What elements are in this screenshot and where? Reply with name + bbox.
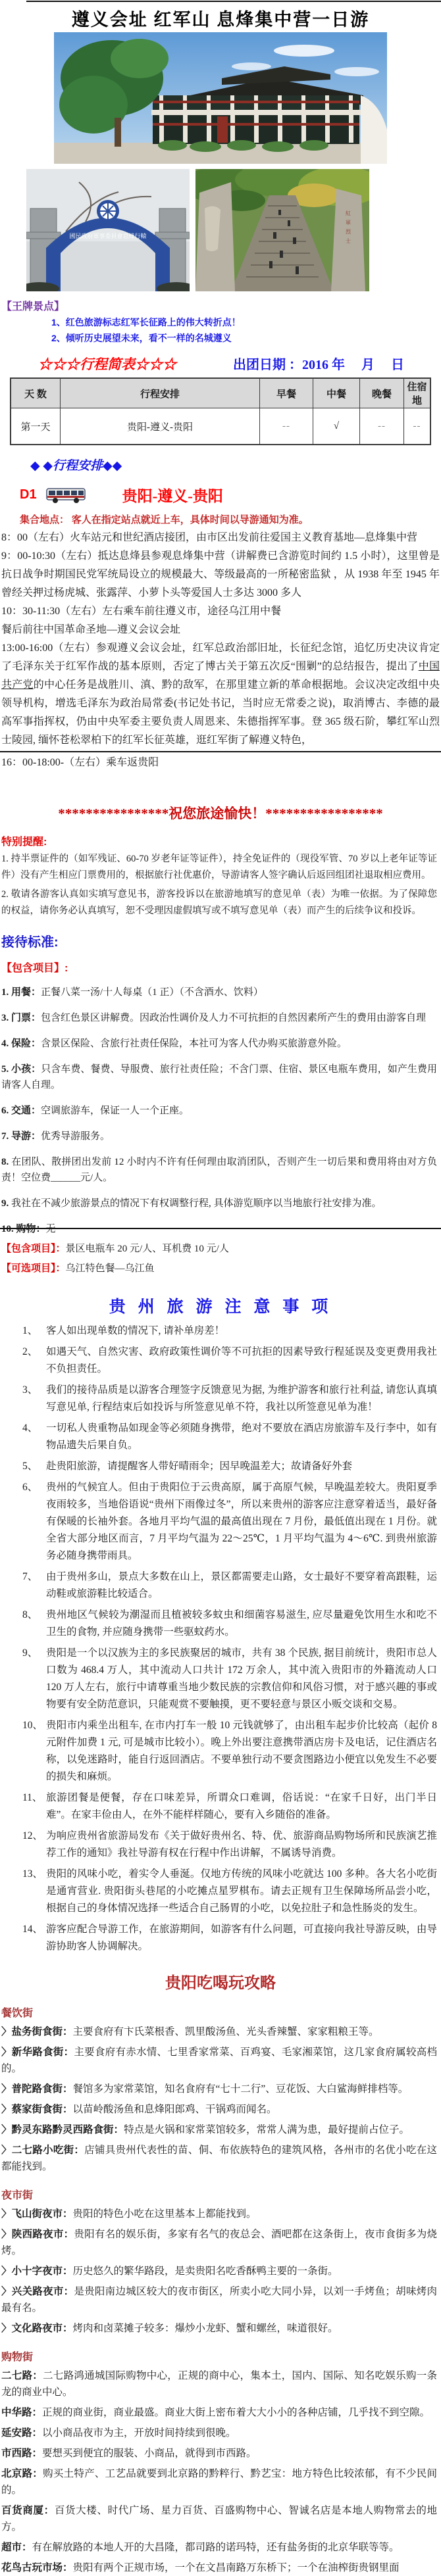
street-item-text: 以苗岭酸汤鱼和息烽阳郎鸡、干锅鸡而闻名。 (73, 2104, 277, 2115)
reception-item: 7. 导游：优秀导游服务。 (1, 1129, 437, 1144)
note-item-number: 12、 (22, 1828, 46, 1862)
special-reminder-item: 2. 敬请各游客认真如实填写意见书，游客投诉以在旅游地填写的意见单（表）为唯一依… (1, 887, 437, 919)
note-item-text: 一切私人贵重物品如现金等必须随身携带，绝对不要放在酒店房旅游车及行李中，如有物品… (46, 1420, 437, 1454)
special-reminder-list: 1. 持半票证件的（如军残证、60-70 岁老年证等证件），持全免证件的（现役军… (1, 851, 437, 919)
street-item-text: 餐馆多为家常菜馆，知名食府有“七十二行”、豆花饭、大白鲨海鲜排档等。 (73, 2083, 409, 2095)
reception-item-label: 10. 购物： (1, 1224, 46, 1234)
top-attractions-section: 【王牌景点】 1、红色旅游标志红军长征路上的伟大转折点！2、倾听历史展望未来，看… (1, 298, 441, 345)
red-army-hill-steps-photo: 紅軍烈士 (195, 169, 369, 291)
reception-item: 6. 交通：空调旅游车，保证一人一个正座。 (1, 1103, 437, 1119)
note-item-number: 2、 (22, 1344, 46, 1378)
note-item: 1、 客人如出现单数的情况下, 请补单房差！ (22, 1323, 437, 1340)
street-item-label: 二七路： (1, 2370, 43, 2381)
street-item-text: 购买土特产、工艺品就要到北京路的黔粹行、黔艺宝：地方特色比较浓郁，有不少民间的。 (1, 2468, 437, 2496)
note-item-number: 10、 (22, 1717, 46, 1786)
reception-extra-item: 【可选项目】：乌江特色餐—乌江鱼 (1, 1261, 437, 1276)
reception-item: 10. 购物：无 (1, 1221, 437, 1237)
night-market-list: 〉飞山街夜市：贵阳的特色小吃在这里基本上都能找到。 〉陕西路夜市：贵阳有名的娱乐… (1, 2206, 437, 2337)
reception-standard-section: 接待标准: 【包含项目】: 1. 用餐：正餐八菜一汤/十人每桌（1 正）（不含酒… (1, 931, 437, 1276)
page-break-line-2 (0, 1228, 441, 1229)
night-market-heading: 夜市街 (1, 2187, 437, 2202)
included-items-heading: 【包含项目】: (1, 960, 437, 975)
shopping-street-item: 中华路：正规的商业街，商业最盛。商业大街上密布着大大小小的各种店铺，几乎找不到空… (1, 2404, 437, 2421)
dining-streets-heading: 餐饮街 (1, 2005, 437, 2020)
note-item-number: 14、 (22, 1921, 46, 1955)
reception-heading: 接待标准: (1, 931, 437, 950)
note-item: 2、 如遇天气、自然灾害、政府政策性调价等不可抗拒的因素导致行程延误及变更费用我… (22, 1344, 437, 1378)
document-page: 遵义会址 红军山 息烽集中营一日游 (0, 0, 441, 2576)
dining-streets-list: 〉盐务街食街：主要食府有卞氏菜根香、凯里酸汤鱼、光头香辣蟹、家家粗粮王等。 〉新… (1, 2024, 437, 2175)
detail-text-before: 13:00-16:00（左右）参观遵义会议会址，红军总政治部旧址，长征纪念馆，追… (1, 643, 440, 672)
dining-street-item: 〉二七路小吃街：店铺具贵州代表性的苗、侗、布依族特色的建筑风格，各州市的名优小吃… (1, 2142, 437, 2175)
detail-text-after: 的中心任务是战胜川、滇、黔的敌军，在那里建立新的革命根据地。会议决定改组中央领导… (1, 679, 440, 746)
reception-item: 9. 我社在不减少旅游景点的情况下有权调整行程, 具体游览顺序以当地旅行社安排为… (1, 1196, 437, 1211)
night-market-item: 〉飞山街夜市：贵阳的特色小吃在这里基本上都能找到。 (1, 2206, 437, 2222)
note-item-text: 游客应配合导游工作，在旅游期间，如游客有什么问题，可直接向我社导游反映，由导游协… (46, 1921, 437, 1955)
reception-item-label: 9. (1, 1198, 9, 1209)
street-item-label: 〉飞山街夜市： (1, 2208, 73, 2220)
cell-stay: -- (404, 408, 431, 445)
schedule-header-row: 天 数 行程安排 早餐 中餐 晚餐 住宿地 (11, 378, 430, 408)
cell-day: 第一天 (11, 408, 61, 445)
street-item-label: 〉兴关路夜市： (1, 2286, 74, 2297)
street-item-text: 要想买到便宜的服装、小商品，就得到市西路。 (42, 2448, 257, 2459)
day1-title-row: D1 贵阳-遵义-贵阳 (20, 484, 441, 506)
reception-item-label: 8. (1, 1157, 9, 1167)
note-item: 11、 旅游团餐是便餐，存在口味差异，所谓众口难调，俗话说：“在家千日好，出门半… (22, 1789, 437, 1824)
meeting-point-line: 集合地点： 客人在指定站点就近上车，具体时间以导游通知为准。 (20, 512, 441, 526)
reception-item-text: 优秀导游服务。 (41, 1131, 110, 1142)
street-item-label: 花鸟古玩市场： (1, 2562, 73, 2573)
reception-item-label: 3. 门票： (1, 1013, 41, 1023)
reception-item: 1. 用餐：正餐八菜一汤/十人每桌（1 正）（不含酒水、饮料） (1, 984, 437, 1000)
shopping-street-item: 延安路：以小商品夜市为主，开放时间持续到很晚。 (1, 2425, 437, 2441)
reception-item-text: 正餐八菜一汤/十人每桌（1 正）（不含酒水、饮料） (41, 987, 263, 998)
reception-extra-label: 【包含项目】： (1, 1244, 66, 1254)
street-item-label: 〉普陀路食街： (1, 2083, 73, 2095)
street-item-label: 〉小十字夜市： (1, 2266, 73, 2277)
reception-item: 5. 小孩：只含车费、餐费、导服费、旅行社责任险；不含门票、住宿、景区电瓶车费用… (1, 1061, 437, 1093)
note-item-text: 贵阳是一个以汉族为主的多民族聚居的城市，共有 38 个民族, 据目前统计，贵阳市… (46, 1645, 437, 1713)
reception-item-text: 含景区保险、含旅行社责任保险，本社可为客人代办购买旅游意外险。 (41, 1038, 347, 1049)
note-item: 8、 贵州地区气候较为潮湿而且植被较多蚊虫和细菌容易滋生, 应尽量避免饮用生水和… (22, 1607, 437, 1641)
street-item-text: 二七路鸿通城国际购物中心，正规的商中心，集本土，国内、国际、知名吃娱乐购一条龙的… (1, 2370, 437, 2398)
schedule-row-day1: 第一天 贵阳-遵义-贵阳 -- √ -- -- (11, 408, 430, 445)
reception-extra-list: 【包含项目】：景区电瓶车 20 元/人、耳机费 10 元/人 【可选项目】：乌江… (1, 1241, 437, 1276)
note-item-number: 11、 (22, 1789, 46, 1824)
street-item-text: 以小商品夜市为主，开放时间持续到很晚。 (42, 2427, 236, 2439)
note-item-number: 13、 (22, 1866, 46, 1917)
street-item-label: 〉二七路小吃街： (1, 2145, 84, 2156)
note-item-text: 贵州的气候宜人。但由于贵阳位于云贵高原，属于高原气候，早晚温差较大。贵阳夏季夜雨… (46, 1479, 437, 1565)
reception-item-text: 在团队、散拼团出发前 12 小时内不许有任何理由取消团队，否则产生一切后果和费用… (1, 1157, 437, 1183)
street-item-label: 〉文化路夜市： (1, 2323, 73, 2334)
dining-street-item: 〉新华路食街：主要食府有赤水情、七里香家常菜、百鸡宴、毛家湘菜馆，这几家食府属较… (1, 2044, 437, 2077)
note-item-text: 如遇天气、自然灾害、政府政策性调价等不可抗拒的因素导致行程延误及变更费用我社不负… (46, 1344, 437, 1378)
street-item-label: 〉蔡家街食街： (1, 2104, 73, 2115)
page-title: 遵义会址 红军山 息烽集中营一日游 (0, 5, 441, 31)
night-market-item: 〉陕西路夜市：贵阳有名的娱乐街，多家有名气的夜总会、酒吧都在这条街上，夜市食街多… (1, 2226, 437, 2259)
night-market-item: 〉小十字夜市：历史悠久的繁华路段，是卖贵阳名吃香酥鸭主要的一条街。 (1, 2263, 437, 2279)
col-header-stay: 住宿地 (404, 378, 431, 408)
night-market-section: 夜市街 〉飞山街夜市：贵阳的特色小吃在这里基本上都能找到。 〉陕西路夜市：贵阳有… (1, 2187, 437, 2337)
cell-lunch: √ (313, 408, 360, 445)
reception-item-label: 1. 用餐： (1, 987, 41, 998)
street-item-text: 百货大楼、时代广场、星力百货、百盛购物中心、智诚名店是本地人购物常去的地方。 (1, 2505, 437, 2533)
top-border-line (26, 1, 441, 2)
note-item-text: 贵阳市内乘坐出租车, 在市内打车一般 10 元钱就够了，由出租车起步价比较高（起… (46, 1717, 437, 1786)
col-header-lunch: 中餐 (313, 378, 360, 408)
note-item: 13、 贵阳的风味小吃，着实令人垂涎。仅地方传统的风味小吃就达 100 多种。各… (22, 1866, 437, 1917)
guiyang-guide-heading: 贵阳吃喝玩攻略 (0, 1970, 441, 1993)
note-item-text: 我们的接待品质是以游客合理签字反馈意见为据, 为维护游客和旅行社利益, 请您认真… (46, 1382, 437, 1416)
return-trip-line: 16：00-18:00-（左右）乘车返贵阳 (1, 754, 440, 769)
night-market-item: 〉文化路夜市：烤肉和卤菜摊子较多：爆炒小龙虾、蟹和螺丝，味道很好。 (1, 2320, 437, 2337)
svg-text:烈: 烈 (346, 228, 351, 235)
note-item: 12、 为响应贵州省旅游局发布《关于做好贵州名、特、优、旅游商品购物场所和民族演… (22, 1828, 437, 1862)
reception-item-label: 7. 导游： (1, 1131, 41, 1142)
reception-extra-text: 乌江特色餐—乌江鱼 (66, 1263, 155, 1274)
note-item-text: 客人如出现单数的情况下, 请补单房差！ (46, 1323, 437, 1340)
reception-item: 3. 门票：包含红色景区讲解费。因政治性调价及人力不可抗拒的自然因素所产生的费用… (1, 1010, 437, 1026)
night-market-item: 〉兴关路夜市：是贵阳南边城区较大的夜市街区，所卖小吃大同小异，以刘一手烤鱼；胡味… (1, 2283, 437, 2316)
reception-items-list: 1. 用餐：正餐八菜一汤/十人每桌（1 正）（不含酒水、饮料） 3. 门票：包含… (1, 984, 437, 1237)
shopping-street-item: 市西路：要想买到便宜的服装、小商品，就得到市西路。 (1, 2445, 437, 2462)
top-attraction-item: 2、倾听历史展望未来，看不一样的名城遵义 (51, 331, 441, 345)
shopping-street-item: 超市：有在解放路的本地人开的大昌隆，都司路的诺玛特，还有盐务街的北京华联等等。 (1, 2539, 437, 2556)
street-item-label: 中华路： (1, 2407, 42, 2418)
special-reminder-section: 特别提醒: 1. 持半票证件的（如军残证、60-70 岁老年证等证件），持全免证… (1, 833, 437, 919)
day1-route-title: 贵阳-遵义-贵阳 (122, 484, 223, 506)
reception-item-text: 无 (46, 1224, 56, 1234)
note-item-text: 赴贵阳旅游，请提醒客人带好晴雨伞；因早晚温差大；故请备好外套 (46, 1458, 437, 1475)
note-item-number: 6、 (22, 1479, 46, 1565)
note-item: 9、 贵阳是一个以汉族为主的多民族聚居的城市，共有 38 个民族, 据目前统计，… (22, 1645, 437, 1713)
street-item-label: 延安路： (1, 2427, 42, 2439)
reception-item: 8. 在团队、散拼团出发前 12 小时内不许有任何理由取消团队，否则产生一切后果… (1, 1154, 437, 1186)
itinerary-line: 9：00-10:30（左右）抵达息烽县参观息烽集中营（讲解费已含游览时间约 1.… (1, 547, 440, 602)
col-header-days: 天 数 (11, 378, 61, 408)
shopping-street-item: 花鸟古玩市场：贵阳有两个正规市场，一个在文昌南路万东桥下；一个在油榨街贵钢里面 (1, 2560, 437, 2576)
shopping-streets-heading: 购物街 (1, 2348, 437, 2364)
reception-item-text: 包含红色景区讲解费。因政治性调价及人力不可抗拒的自然因素所产生的费用由游客自理 (41, 1013, 426, 1023)
top-attractions-list: 1、红色旅游标志红军长征路上的伟大转折点！2、倾听历史展望未来，看不一样的名城遵… (1, 316, 441, 345)
street-item-label: 超市： (1, 2542, 32, 2553)
street-item-text: 主要食府有卞氏菜根香、凯里酸汤鱼、光头香辣蟹、家家粗粮王等。 (73, 2026, 379, 2037)
svg-text:紅: 紅 (346, 210, 351, 216)
itinerary-line: 8：00（左右）火车站元和世纪酒店接团，由市区出发前往爱国主义教育基地—息烽集中… (1, 529, 440, 547)
reception-item-label: 5. 小孩： (1, 1064, 41, 1075)
bus-icon (46, 487, 88, 504)
reception-item-text: 只含车费、餐费、导服费、旅行社责任险；不含门票、住宿、景区电瓶车费用，如产生费用… (1, 1064, 437, 1090)
street-item-text: 贵阳的特色小吃在这里基本上都能找到。 (73, 2208, 257, 2220)
itinerary-line: 10：30-11:30（左右）左右乘车前往遵义市，途径乌江用中餐 (1, 602, 440, 621)
street-item-text: 贵阳有两个正规市场，一个在文昌南路万东桥下；一个在油榨街贵钢里面 (73, 2562, 400, 2573)
note-item-text: 为响应贵州省旅游局发布《关于做好贵州名、特、优、旅游商品购物场所和民族演艺推荐工… (46, 1828, 437, 1862)
shopping-street-item: 百货商厦：百货大楼、时代广场、星力百货、百盛购物中心、智诚名店是本地人购物常去的… (1, 2502, 437, 2535)
note-item: 6、 贵州的气候宜人。但由于贵阳位于云贵高原，属于高原气候，早晚温差较大。贵阳夏… (22, 1479, 437, 1565)
reception-item-text: 空调旅游车，保证一人一个正座。 (41, 1106, 189, 1116)
reception-extra-item: 【包含项目】：景区电瓶车 20 元/人、耳机费 10 元/人 (1, 1241, 437, 1257)
itinerary-detail-paragraph: 13:00-16:00（左右）参观遵义会议会址，红军总政治部旧址，长征纪念馆，追… (1, 639, 440, 750)
departure-date: 出团日期 ：2016 年 月 日 (233, 354, 404, 373)
street-item-label: 〉黔灵东路黔灵西路食街： (1, 2124, 124, 2135)
note-item-number: 7、 (22, 1568, 46, 1603)
wish-banner: ****************祝您旅途愉快！***************** (0, 803, 441, 823)
guizhou-notes-list: 1、 客人如出现单数的情况下, 请补单房差！ 2、 如遇天气、自然灾害、政府政策… (0, 1323, 441, 1955)
col-header-dinner: 晚餐 (360, 378, 404, 408)
street-item-label: 百货商厦： (1, 2505, 55, 2516)
street-item-label: 〉盐务街食街： (1, 2026, 73, 2037)
note-item: 10、 贵阳市内乘坐出租车, 在市内打车一般 10 元钱就够了，由出租车起步价比… (22, 1717, 437, 1786)
col-header-breakfast: 早餐 (260, 378, 313, 408)
note-item-text: 贵阳的风味小吃，着实令人垂涎。仅地方传统的风味小吃就达 100 多种。各大名小吃… (46, 1866, 437, 1917)
svg-text:士: 士 (346, 237, 351, 244)
day1-label: D1 (20, 487, 37, 502)
itinerary-lines: 8：00（左右）火车站元和世纪酒店接团，由市区出发前往爱国主义教育基地—息烽集中… (1, 529, 440, 639)
note-item-number: 8、 (22, 1607, 46, 1641)
itinerary-heading: ◆ ◆行程安排◆◆ (30, 456, 441, 474)
note-item-number: 1、 (22, 1323, 46, 1340)
street-item-label: 〉新华路食街： (1, 2047, 74, 2058)
note-item-text: 贵州地区气候较为潮湿而且植被较多蚊虫和细菌容易滋生, 应尽量避免饮用生水和吃不卫… (46, 1607, 437, 1641)
svg-text:軍: 軍 (346, 220, 351, 226)
secondary-photos-row: 國民政府軍事委員會息烽行轅 (26, 169, 369, 291)
street-item-text: 正规的商业街，商业最盛。商业大街上密布着大大小小的各种店铺，几乎找不到空隙。 (42, 2407, 430, 2418)
special-reminder-heading: 特别提醒: (1, 833, 437, 848)
dining-street-item: 〉蔡家街食街：以苗岭酸汤鱼和息烽阳郎鸡、干锅鸡而闻名。 (1, 2101, 437, 2118)
reception-item-label: 4. 保险： (1, 1038, 41, 1049)
cell-dinner: -- (360, 408, 404, 445)
itinerary-line: 餐后前往中国革命圣地—遵义会议会址 (1, 621, 440, 639)
note-item: 3、 我们的接待品质是以游客合理签字反馈意见为据, 为维护游客和旅行社利益, 请… (22, 1382, 437, 1416)
note-item: 14、 游客应配合导游工作，在旅游期间，如游客有什么问题，可直接向我社导游反映，… (22, 1921, 437, 1955)
schedule-table: 天 数 行程安排 早餐 中餐 晚餐 住宿地 第一天 贵阳-遵义-贵阳 -- √ … (10, 377, 431, 445)
page-break-line-1 (0, 751, 441, 752)
street-item-text: 有在解放路的本地人开的大昌隆，都司路的诺玛特，还有盐务街的北京华联等等。 (32, 2542, 400, 2553)
note-item-number: 9、 (22, 1645, 46, 1713)
col-header-itinerary: 行程安排 (61, 378, 260, 408)
dining-street-item: 〉黔灵东路黔灵西路食街：特点是火锅和家常菜馆较多，常常人满为患，最好提前占位子。 (1, 2122, 437, 2138)
street-item-label: 市西路： (1, 2448, 42, 2459)
dining-street-item: 〉盐务街食街：主要食府有卞氏菜根香、凯里酸汤鱼、光头香辣蟹、家家粗粮王等。 (1, 2024, 437, 2040)
shopping-streets-list: 二七路：二七路鸿通城国际购物中心，正规的商中心，集本土，国内、国际、知名吃娱乐购… (1, 2368, 437, 2576)
shopping-street-item: 二七路：二七路鸿通城国际购物中心，正规的商中心，集本土，国内、国际、知名吃娱乐购… (1, 2368, 437, 2400)
note-item-number: 4、 (22, 1420, 46, 1454)
note-item-text: 由于贵州多山，景点大多数在山上，景区都需要走山路，女士最好不要穿着高跟鞋，运动鞋… (46, 1568, 437, 1603)
reception-item-text: 我社在不减少旅游景点的情况下有权调整行程, 具体游览顺序以当地旅行社安排为准。 (9, 1198, 381, 1209)
note-item-number: 3、 (22, 1382, 46, 1416)
shopping-streets-section: 购物街 二七路：二七路鸿通城国际购物中心，正规的商中心，集本土，国内、国际、知名… (1, 2348, 437, 2576)
reception-item: 4. 保险：含景区保险、含旅行社责任保险，本社可为客人代办购买旅游意外险。 (1, 1036, 437, 1052)
note-item: 7、 由于贵州多山，景点大多数在山上，景区都需要走山路，女士最好不要穿着高跟鞋，… (22, 1568, 437, 1603)
guizhou-notes-heading: 贵 州 旅 游 注 意 事 项 (0, 1294, 441, 1317)
itinerary-body: 8：00（左右）火车站元和世纪酒店接团，由市区出发前往爱国主义教育基地—息烽集中… (1, 529, 440, 750)
schedule-header: ☆☆☆行程简表☆☆☆ 出团日期 ：2016 年 月 日 (38, 354, 441, 374)
street-item-label: 北京路： (1, 2468, 43, 2479)
dining-street-item: 〉普陀路食街：餐馆多为家常菜馆，知名食府有“七十二行”、豆花饭、大白鲨海鲜排档等… (1, 2081, 437, 2097)
street-item-text: 历史悠久的繁华路段，是卖贵阳名吃香酥鸭主要的一条街。 (73, 2266, 338, 2277)
zunyi-site-photo (54, 32, 387, 164)
special-reminder-item: 1. 持半票证件的（如军残证、60-70 岁老年证等证件），持全免证件的（现役军… (1, 851, 437, 884)
reception-item-label: 6. 交通： (1, 1106, 41, 1116)
street-item-text: 烤肉和卤菜摊子较多：爆炒小龙虾、蟹和螺丝，味道很好。 (73, 2323, 338, 2334)
svg-text:國民政府軍事委員會息烽行轅: 國民政府軍事委員會息烽行轅 (69, 232, 146, 240)
note-item: 4、 一切私人贵重物品如现金等必须随身携带，绝对不要放在酒店房旅游车及行李中，如… (22, 1420, 437, 1454)
top-attraction-item: 1、红色旅游标志红军长征路上的伟大转折点！ (51, 316, 441, 329)
reception-extra-label: 【可选项目】： (1, 1263, 66, 1274)
note-item-number: 5、 (22, 1458, 46, 1475)
schedule-title: ☆☆☆行程简表☆☆☆ (38, 354, 176, 374)
cell-breakfast: -- (260, 408, 313, 445)
note-item: 5、 赴贵阳旅游，请提醒客人带好晴雨伞；因早晚温差大；故请备好外套 (22, 1458, 437, 1475)
note-item-text: 旅游团餐是便餐，存在口味差异，所谓众口难调，俗话说：“在家千日好，出门半日难”。… (46, 1789, 437, 1824)
cell-route: 贵阳-遵义-贵阳 (61, 408, 260, 445)
xifeng-camp-gate-photo: 國民政府軍事委員會息烽行轅 (26, 169, 190, 291)
street-item-label: 〉陕西路夜市： (1, 2229, 74, 2240)
street-item-text: 特点是火锅和家常菜馆较多，常常人满为患，最好提前占位子。 (124, 2124, 409, 2135)
reception-extra-text: 景区电瓶车 20 元/人、耳机费 10 元/人 (66, 1244, 229, 1254)
top-attractions-heading: 【王牌景点】 (1, 298, 441, 313)
dining-streets-section: 餐饮街 〉盐务街食街：主要食府有卞氏菜根香、凯里酸汤鱼、光头香辣蟹、家家粗粮王等… (1, 2005, 437, 2175)
shopping-street-item: 北京路：购买土特产、工艺品就要到北京路的黔粹行、黔艺宝：地方特色比较浓郁，有不少… (1, 2466, 437, 2498)
